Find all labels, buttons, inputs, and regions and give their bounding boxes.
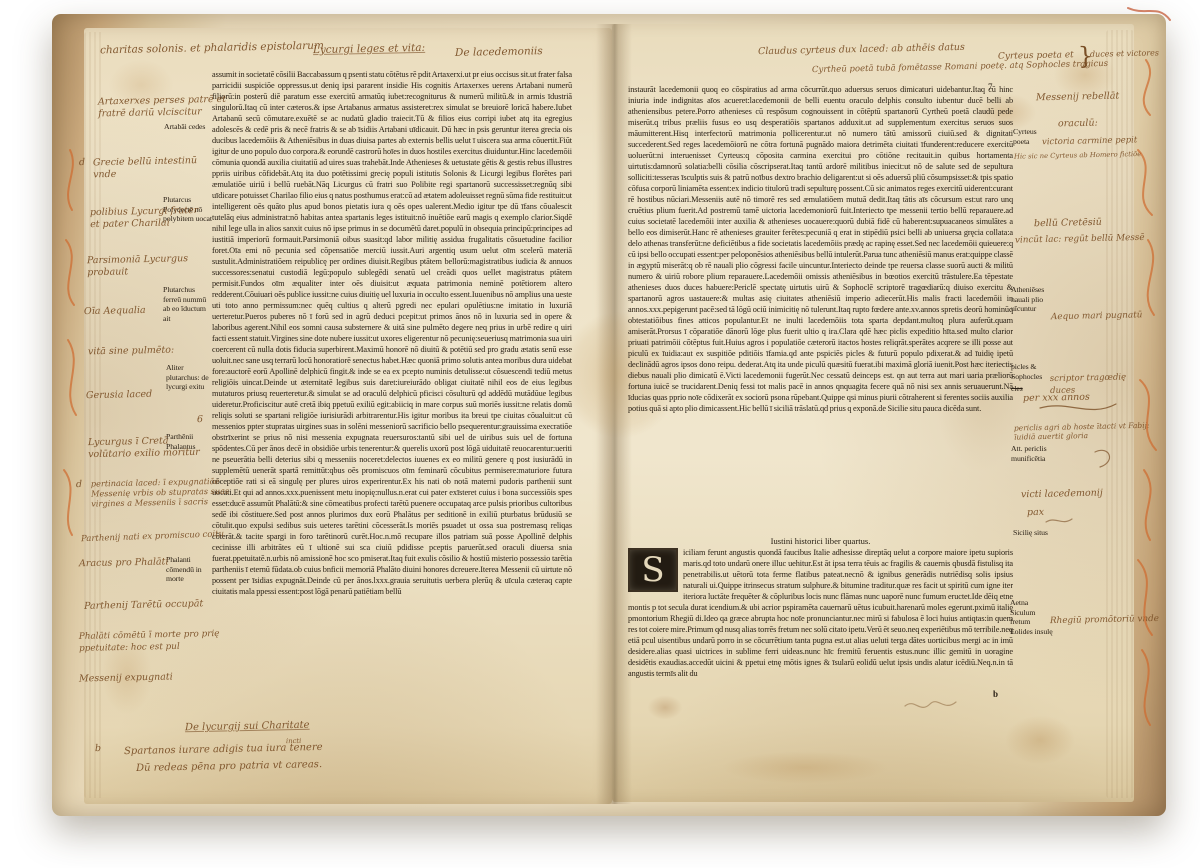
handwritten-margin-note: polibius Lycurgi frater et pater Charila… — [90, 205, 202, 230]
printed-margin-note: Att. periclis munificētia — [1011, 444, 1053, 463]
left-body-text: assumit in societatē cōsilii Baccabassum… — [212, 69, 572, 691]
decorated-initial: S — [628, 548, 678, 592]
handwritten-margin-note: 6 — [197, 414, 203, 426]
handwritten-margin-note: pax — [1027, 507, 1044, 519]
signature-mark: b — [993, 689, 998, 699]
handwritten-margin-note: Aequo mari pugnatū — [1051, 310, 1166, 324]
printed-margin-note: Sicilię situs — [1013, 528, 1063, 538]
handwritten-margin-note: Phalāti cōmētū ī morte pro prię ppetuita… — [79, 628, 259, 655]
header-annotation: Lycurgi leges et vita: — [313, 43, 425, 57]
printed-margin-note: Aetna Siculum fretum Eolides insulę — [1010, 598, 1054, 636]
handwritten-margin-note: bellū Cretēsiū — [1034, 216, 1149, 230]
handwritten-margin-note: Artaxerxes perses patrē et fratrē dariū … — [98, 94, 236, 120]
handwritten-margin-note: d — [79, 157, 85, 169]
handwritten-margin-note: Grecie bellū intestinū vnde — [93, 155, 221, 181]
header-annotation: duces et victores — [1090, 48, 1166, 59]
handwritten-margin-note: per xxx annos — [1023, 391, 1118, 404]
book-photo: charitas solonis. et phalaridis epistola… — [0, 0, 1200, 868]
handwritten-margin-note: oraculū: — [1058, 118, 1098, 130]
book-gutter — [596, 24, 632, 804]
bottom-annotation-mark: b — [95, 743, 101, 755]
handwritten-margin-note: d — [76, 479, 82, 491]
handwritten-margin-note: Gerusia laced — [86, 388, 196, 402]
handwritten-margin-note: pertinacia laced: ī expugnatiōe Messenię… — [91, 475, 240, 508]
header-annotation: De lacedemoniis — [455, 46, 543, 59]
section-heading: Iustini historici liber quartus. — [628, 536, 1013, 546]
printed-margin-note: Artabāi cedes — [164, 122, 210, 132]
handwritten-margin-note: periclis agri ab hoste ītacti vt Fabij: … — [1014, 420, 1164, 441]
body-text-continuation: iciliam ferunt angustis quondā faucibus … — [628, 548, 1013, 678]
right-body-text-2: Siciliam ferunt angustis quondā faucibus… — [628, 547, 1013, 692]
handwritten-margin-note: Oīa Aequalia — [84, 304, 194, 318]
handwritten-margin-note: Parsimoniā Lycurgus probauit — [87, 253, 209, 279]
printed-margin-note: Atheniēses nauali plio uīcuntur — [1011, 285, 1053, 314]
handwritten-margin-note: Lycurgus ī Cretā volūtario exilio moritu… — [88, 435, 200, 460]
right-body-text-1: instaurāt lacedemonii quoq eo cōspiratiu… — [628, 84, 1013, 536]
